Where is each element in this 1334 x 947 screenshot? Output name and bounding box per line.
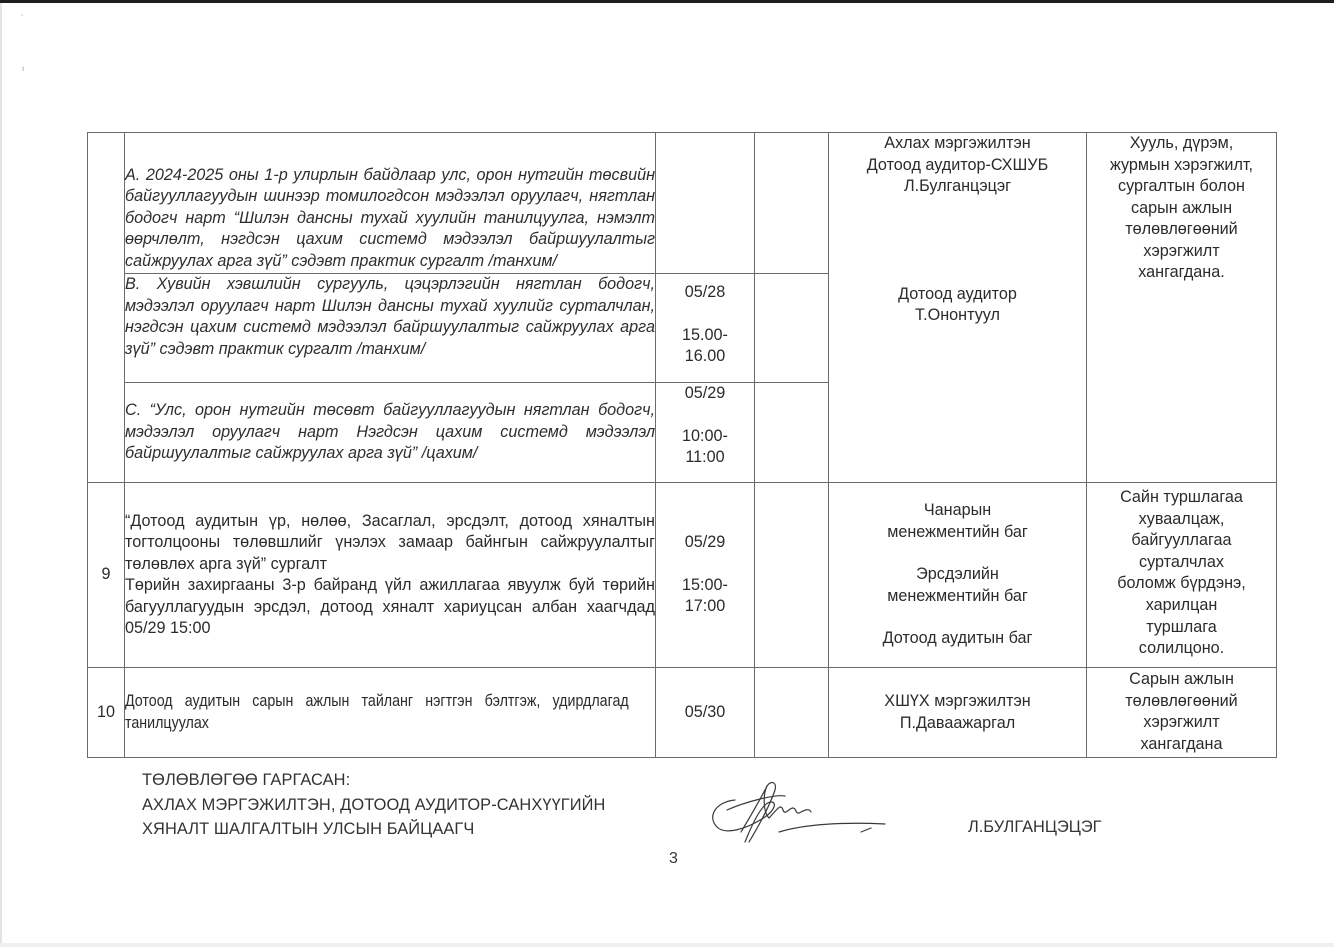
row-number-cell — [88, 133, 125, 483]
date: 05/29 — [656, 532, 754, 554]
outcome-line: Хууль, дүрэм, — [1087, 133, 1276, 155]
row-number-cell: 9 — [88, 483, 125, 668]
outcome-cell: Сарын ажлын төлөвлөгөөний хэрэгжилт ханг… — [1087, 668, 1277, 758]
responsible-cell: Ахлах мэргэжилтэн Дотоод аудитор-СХШУБ Л… — [829, 133, 1087, 483]
outcome-line: журмын хэрэгжилт, — [1087, 155, 1276, 177]
outcome-cell: Сайн туршлагаа хуваалцаж, байгууллагаа с… — [1087, 483, 1277, 668]
empty-cell — [755, 483, 829, 668]
scan-speck: ` — [21, 14, 24, 23]
time-end: 16.00 — [656, 346, 754, 368]
outcome-line: хэрэгжилт — [1087, 241, 1276, 263]
outcome-line: хэрэгжилт — [1087, 712, 1276, 734]
prepared-by-label: ТӨЛӨВЛӨГӨӨ ГАРГАСАН: — [142, 768, 605, 793]
subtask-a-cell: А. 2024-2025 оны 1-р улирлын байдлаар ул… — [125, 133, 656, 274]
date: 05/30 — [685, 703, 726, 721]
outcome-line: туршлага — [1087, 617, 1276, 639]
task-detail: Төрийн захиргааны 3-р байранд үйл ажилла… — [125, 576, 655, 637]
outcome-line: сурталчлах — [1087, 552, 1276, 574]
time-end: 11:00 — [656, 447, 754, 469]
scan-left-edge — [0, 3, 2, 947]
empty-cell — [755, 133, 829, 274]
task-cell: Дотоод аудитын сарын ажлын тайланг нэгтг… — [125, 668, 656, 758]
plan-table: А. 2024-2025 оны 1-р улирлын байдлаар ул… — [87, 132, 1277, 758]
responsible-line: менежментийн баг — [829, 586, 1086, 608]
responsible-line: Эрсдэлийн — [829, 564, 1086, 586]
page-number: 3 — [669, 850, 678, 868]
scan-top-edge — [0, 0, 1334, 3]
empty-cell — [755, 668, 829, 758]
responsible-line: Дотоод аудитор-СХШУБ — [829, 155, 1086, 177]
date-cell: 05/30 — [656, 668, 755, 758]
table-row: А. 2024-2025 оны 1-р улирлын байдлаар ул… — [88, 133, 1277, 274]
scan-bottom-edge — [0, 943, 1334, 947]
subtask-c-cell: С. “Улс, орон нутгийн төсөвт байгууллагу… — [125, 383, 656, 483]
time-start: 10:00- — [656, 426, 754, 448]
task-cell: “Дотоод аудитын үр, нөлөө, Засаглал, эрс… — [125, 483, 656, 668]
table-row: 9 “Дотоод аудитын үр, нөлөө, Засаглал, э… — [88, 483, 1277, 668]
outcome-cell: Хууль, дүрэм, журмын хэрэгжилт, сургалты… — [1087, 133, 1277, 483]
outcome-line: боломж бүрдэнэ, — [1087, 573, 1276, 595]
responsible-line: Дотоод аудитор — [829, 284, 1086, 306]
date: 05/29 — [656, 383, 754, 405]
responsible-line: Т.Ононтуул — [829, 305, 1086, 327]
prepared-by-title-cont: ХЯНАЛТ ШАЛГАЛТЫН УЛСЫН БАЙЦААГЧ — [142, 817, 605, 842]
responsible-line: П.Даваажаргал — [829, 713, 1086, 735]
outcome-line: сарын ажлын — [1087, 198, 1276, 220]
responsible-cell: Чанарын менежментийн баг Эрсдэлийн менеж… — [829, 483, 1087, 668]
prepared-by-block: ТӨЛӨВЛӨГӨӨ ГАРГАСАН: АХЛАХ МЭРГЭЖИЛТЭН, … — [142, 768, 605, 842]
signature-icon — [705, 772, 895, 852]
subtask-b-date-cell: 05/28 15.00- 16.00 — [656, 274, 755, 383]
outcome-line: хангагдана. — [1087, 262, 1276, 284]
time-start: 15.00- — [656, 325, 754, 347]
empty-cell — [755, 274, 829, 383]
prepared-by-title: АХЛАХ МЭРГЭЖИЛТЭН, ДОТООД АУДИТОР-САНХҮҮ… — [142, 793, 605, 818]
outcome-line: хангагдана — [1087, 734, 1276, 756]
outcome-line: Сайн туршлагаа — [1087, 487, 1276, 509]
responsible-line: Л.Булганцэцэг — [829, 176, 1086, 198]
subtask-c-date-cell: 05/29 10:00- 11:00 — [656, 383, 755, 483]
time-start: 15:00- — [656, 575, 754, 597]
responsible-line: Дотоод аудитын баг — [829, 628, 1086, 650]
scan-speck: ı — [22, 64, 24, 73]
signer-name: Л.БУЛГАНЦЭЦЭГ — [968, 818, 1102, 837]
outcome-line: Сарын ажлын — [1087, 669, 1276, 691]
date-cell: 05/29 15:00- 17:00 — [656, 483, 755, 668]
subtask-b-cell: В. Хувийн хэвшлийн сургууль, цэцэрлэгийн… — [125, 274, 656, 383]
table-row: 10 Дотоод аудитын сарын ажлын тайланг нэ… — [88, 668, 1277, 758]
responsible-line: Чанарын — [829, 500, 1086, 522]
task-text: “Дотоод аудитын үр, нөлөө, Засаглал, эрс… — [125, 512, 655, 573]
outcome-line: сургалтын болон — [1087, 176, 1276, 198]
row-number-cell: 10 — [88, 668, 125, 758]
subtask-a-date-cell — [656, 133, 755, 274]
outcome-line: байгууллагаа — [1087, 530, 1276, 552]
outcome-line: хуваалцаж, — [1087, 509, 1276, 531]
responsible-line: Ахлах мэргэжилтэн — [829, 133, 1086, 155]
date: 05/28 — [656, 282, 754, 304]
task-text: Дотоод аудитын сарын ажлын тайланг нэгтг… — [125, 691, 629, 734]
responsible-cell: ХШҮХ мэргэжилтэн П.Даваажаргал — [829, 668, 1087, 758]
outcome-line: солилцоно. — [1087, 638, 1276, 660]
outcome-line: харилцан — [1087, 595, 1276, 617]
outcome-line: төлөвлөгөөний — [1087, 219, 1276, 241]
time-end: 17:00 — [656, 596, 754, 618]
responsible-line: менежментийн баг — [829, 522, 1086, 544]
empty-cell — [755, 383, 829, 483]
responsible-line: ХШҮХ мэргэжилтэн — [829, 691, 1086, 713]
outcome-line: төлөвлөгөөний — [1087, 691, 1276, 713]
